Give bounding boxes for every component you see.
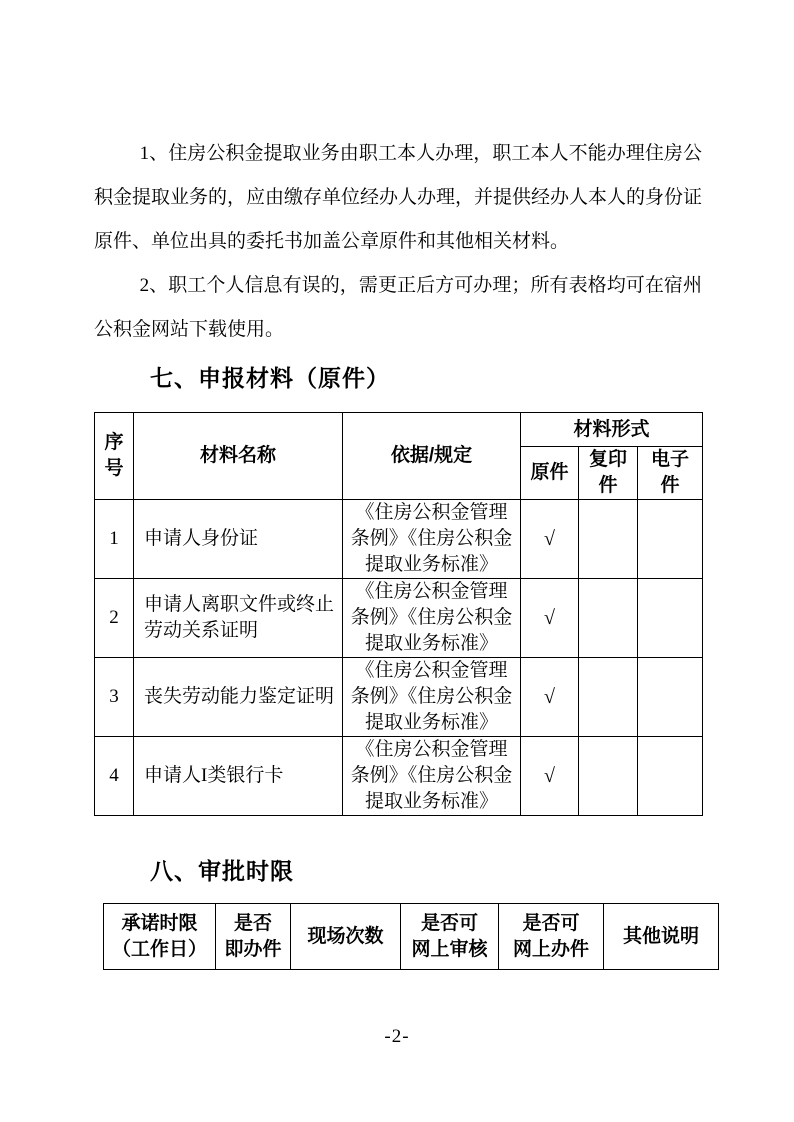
materials-table: 序 号 材料名称 依据/规定 材料形式 原件 复印 件 电子 件 1 申请人身份… <box>94 412 703 816</box>
materials-row-1: 1 申请人身份证 《住房公积金管理 条例》《住房公积金 提取业务标准》 √ <box>95 500 703 579</box>
page-number: -2- <box>0 1026 794 1048</box>
basis-cell: 《住房公积金管理 条例》《住房公积金 提取业务标准》 <box>343 579 521 658</box>
row-index: 4 <box>95 737 134 816</box>
original-check-cell: √ <box>521 500 579 579</box>
row-index: 1 <box>95 500 134 579</box>
materials-row-3: 3 丧失劳动能力鉴定证明 《住房公积金管理 条例》《住房公积金 提取业务标准》 … <box>95 658 703 737</box>
col-header-format-group: 材料形式 <box>521 413 703 447</box>
original-check-cell: √ <box>521 579 579 658</box>
electronic-cell <box>638 737 703 816</box>
row-index: 2 <box>95 579 134 658</box>
original-check-cell: √ <box>521 658 579 737</box>
col-header-copy: 复印 件 <box>579 447 638 500</box>
approval-header-row: 承诺时限 （工作日） 是否 即办件 现场次数 是否可 网上审核 是否可 网上办件… <box>104 904 719 970</box>
basis-cell: 《住房公积金管理 条例》《住房公积金 提取业务标准》 <box>343 737 521 816</box>
document-page: 1、住房公积金提取业务由职工本人办理，职工本人不能办理住房公积金提取业务的，应由… <box>0 0 794 1122</box>
material-name-cell: 丧失劳动能力鉴定证明 <box>134 658 343 737</box>
col-header-promised-time-limit: 承诺时限 （工作日） <box>104 904 216 970</box>
page-content: 1、住房公积金提取业务由职工本人办理，职工本人不能办理住房公积金提取业务的，应由… <box>94 0 702 970</box>
copy-cell <box>579 579 638 658</box>
approval-table: 承诺时限 （工作日） 是否 即办件 现场次数 是否可 网上审核 是否可 网上办件… <box>103 903 719 970</box>
col-header-online-handling: 是否可 网上办件 <box>499 904 604 970</box>
basis-cell: 《住房公积金管理 条例》《住房公积金 提取业务标准》 <box>343 500 521 579</box>
electronic-cell <box>638 579 703 658</box>
col-header-electronic: 电子 件 <box>638 447 703 500</box>
col-header-basis: 依据/规定 <box>343 413 521 500</box>
row-index: 3 <box>95 658 134 737</box>
col-header-online-review: 是否可 网上审核 <box>401 904 499 970</box>
paragraph-2: 2、职工个人信息有误的，需更正后方可办理；所有表格均可在宿州公积金网站下载使用。 <box>94 264 702 352</box>
electronic-cell <box>638 658 703 737</box>
paragraph-1: 1、住房公积金提取业务由职工本人办理，职工本人不能办理住房公积金提取业务的，应由… <box>94 132 702 264</box>
section-heading-approval: 八、审批时限 <box>150 853 702 889</box>
material-name-cell: 申请人身份证 <box>134 500 343 579</box>
electronic-cell <box>638 500 703 579</box>
original-check-cell: √ <box>521 737 579 816</box>
col-header-site-visits: 现场次数 <box>291 904 401 970</box>
materials-header-row-top: 序 号 材料名称 依据/规定 材料形式 <box>95 413 703 447</box>
copy-cell <box>579 658 638 737</box>
col-header-other-notes: 其他说明 <box>604 904 719 970</box>
material-name-cell: 申请人离职文件或终止劳动关系证明 <box>134 579 343 658</box>
col-header-index: 序 号 <box>95 413 134 500</box>
copy-cell <box>579 500 638 579</box>
material-name-cell: 申请人I类银行卡 <box>134 737 343 816</box>
materials-row-2: 2 申请人离职文件或终止劳动关系证明 《住房公积金管理 条例》《住房公积金 提取… <box>95 579 703 658</box>
col-header-immediate-handling: 是否 即办件 <box>216 904 291 970</box>
section-heading-materials: 七、申报材料（原件） <box>150 360 702 396</box>
col-header-material-name: 材料名称 <box>134 413 343 500</box>
basis-cell: 《住房公积金管理 条例》《住房公积金 提取业务标准》 <box>343 658 521 737</box>
copy-cell <box>579 737 638 816</box>
materials-row-4: 4 申请人I类银行卡 《住房公积金管理 条例》《住房公积金 提取业务标准》 √ <box>95 737 703 816</box>
col-header-original: 原件 <box>521 447 579 500</box>
